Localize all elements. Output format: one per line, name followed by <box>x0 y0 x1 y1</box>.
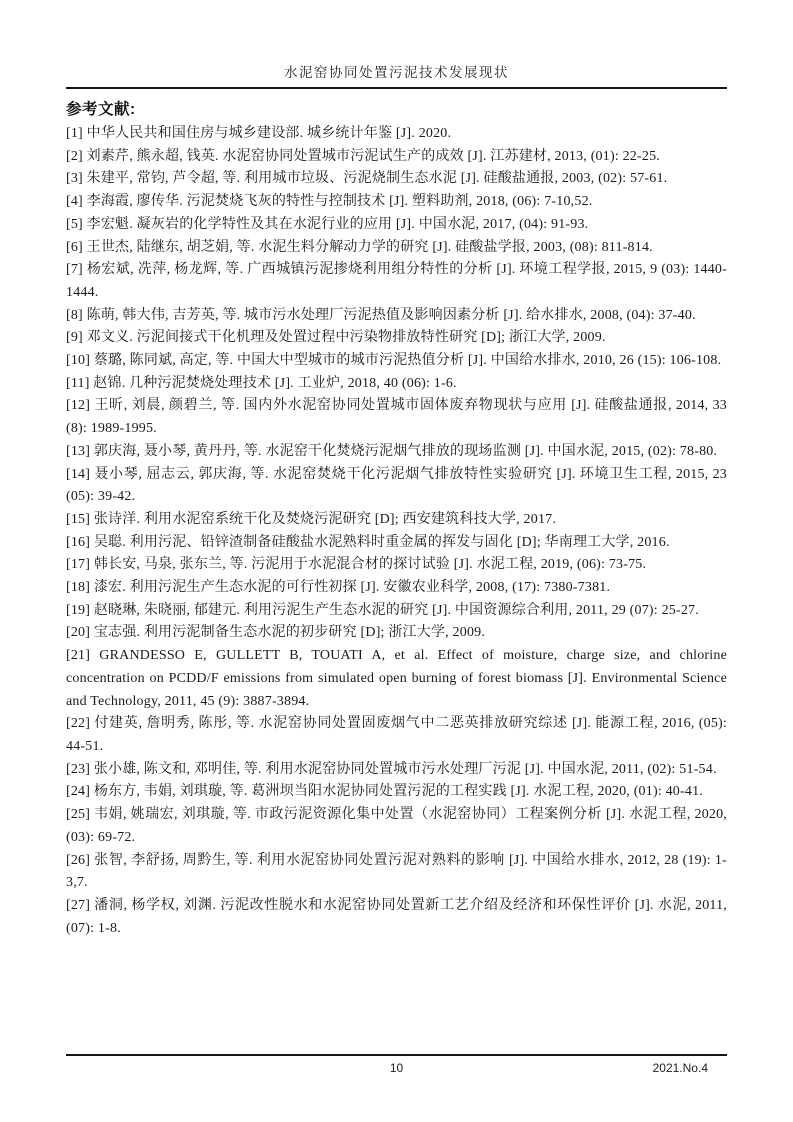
reference-item: [6] 王世杰, 陆继东, 胡芝娟, 等. 水泥生料分解动力学的研究 [J]. … <box>66 237 727 260</box>
page-content: 水泥窑协同处置污泥技术发展现状 参考文献: [1] 中华人民共和国住房与城乡建设… <box>66 0 727 940</box>
reference-item: [12] 王昕, 刘晨, 颜碧兰, 等. 国内外水泥窑协同处置城市固体废弃物现状… <box>66 395 727 440</box>
reference-item: [10] 蔡璐, 陈同斌, 高定, 等. 中国大中型城市的城市污泥热值分析 [J… <box>66 350 727 373</box>
reference-item: [4] 李海霞, 廖传华. 污泥焚烧飞灰的特性与控制技术 [J]. 塑料助剂, … <box>66 191 727 214</box>
reference-item: [11] 赵锦. 几种污泥焚烧处理技术 [J]. 工业炉, 2018, 40 (… <box>66 373 727 396</box>
reference-item: [18] 漆宏. 利用污泥生产生态水泥的可行性初探 [J]. 安徽农业科学, 2… <box>66 577 727 600</box>
reference-item: [13] 郭庆海, 聂小琴, 黄丹丹, 等. 水泥窑干化焚烧污泥烟气排放的现场监… <box>66 441 727 464</box>
reference-item: [15] 张诗洋. 利用水泥窑系统干化及焚烧污泥研究 [D]; 西安建筑科技大学… <box>66 509 727 532</box>
reference-item: [17] 韩长安, 马泉, 张东兰, 等. 污泥用于水泥混合材的探讨试验 [J]… <box>66 554 727 577</box>
reference-item: [2] 刘素芹, 熊永超, 钱英. 水泥窑协同处置城市污泥试生产的成效 [J].… <box>66 146 727 169</box>
references-list: [1] 中华人民共和国住房与城乡建设部. 城乡统计年鉴 [J]. 2020. [… <box>66 123 727 940</box>
header-rule <box>66 87 727 89</box>
reference-item: [23] 张小雄, 陈文和, 邓明佳, 等. 利用水泥窑协同处置城市污水处理厂污… <box>66 759 727 782</box>
reference-item: [14] 聂小琴, 屈志云, 郭庆海, 等. 水泥窑焚烧干化污泥烟气排放特性实验… <box>66 464 727 509</box>
reference-item: [26] 张智, 李舒扬, 周黔生, 等. 利用水泥窑协同处置污泥对熟料的影响 … <box>66 850 727 895</box>
reference-item: [1] 中华人民共和国住房与城乡建设部. 城乡统计年鉴 [J]. 2020. <box>66 123 727 146</box>
reference-item: [20] 宝志强. 利用污泥制备生态水泥的初步研究 [D]; 浙江大学, 200… <box>66 622 727 645</box>
reference-item: [21] GRANDESSO E, GULLETT B, TOUATI A, e… <box>66 645 727 713</box>
reference-item: [27] 潘洞, 杨学权, 刘渊. 污泥改性脱水和水泥窑协同处置新工艺介绍及经济… <box>66 895 727 940</box>
document-page: 水泥窑协同处置污泥技术发展现状 参考文献: [1] 中华人民共和国住房与城乡建设… <box>0 0 793 1122</box>
reference-item: [22] 付建英, 詹明秀, 陈彤, 等. 水泥窑协同处置固废烟气中二恶英排放研… <box>66 713 727 758</box>
reference-item: [24] 杨东方, 韦娟, 刘琪璇, 等. 葛洲坝当阳水泥协同处置污泥的工程实践… <box>66 781 727 804</box>
reference-item: [9] 邓文义. 污泥间接式干化机理及处置过程中污染物排放特性研究 [D]; 浙… <box>66 327 727 350</box>
reference-item: [25] 韦娟, 姚瑞宏, 刘琪璇, 等. 市政污泥资源化集中处置（水泥窑协同）… <box>66 804 727 849</box>
reference-item: [7] 杨宏斌, 冼萍, 杨龙辉, 等. 广西城镇污泥掺烧利用组分特性的分析 [… <box>66 259 727 304</box>
reference-item: [16] 吴聪. 利用污泥、铅锌渣制备硅酸盐水泥熟料时重金属的挥发与固化 [D]… <box>66 532 727 555</box>
reference-item: [8] 陈萌, 韩大伟, 吉芳英, 等. 城市污水处理厂污泥热值及影响因素分析 … <box>66 305 727 328</box>
issue-number: 2021.No.4 <box>653 1061 708 1075</box>
reference-item: [5] 李宏魁. 凝灰岩的化学特性及其在水泥行业的应用 [J]. 中国水泥, 2… <box>66 214 727 237</box>
footer-rule <box>66 1054 727 1056</box>
references-heading: 参考文献: <box>66 97 727 119</box>
reference-item: [19] 赵晓琳, 朱晓丽, 郁建元. 利用污泥生产生态水泥的研究 [J]. 中… <box>66 600 727 623</box>
running-header-title: 水泥窑协同处置污泥技术发展现状 <box>66 61 727 81</box>
reference-item: [3] 朱建平, 常钧, 芦令超, 等. 利用城市垃圾、污泥烧制生态水泥 [J]… <box>66 168 727 191</box>
